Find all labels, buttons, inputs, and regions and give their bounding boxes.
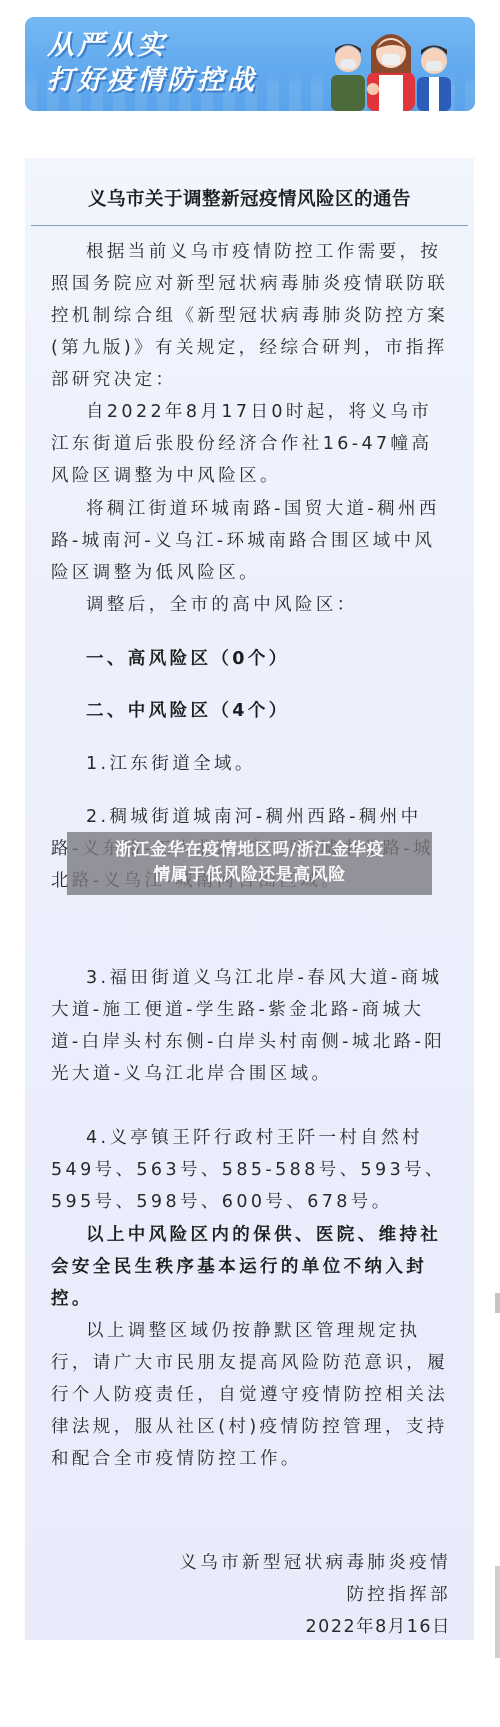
signature-org-line-1: 义乌市新型冠状病毒肺炎疫情 (51, 1547, 451, 1579)
slogan-line-1: 从严从实 (47, 29, 257, 63)
caption-line-1: 浙江金华在疫情地区吗/浙江金华疫 (67, 838, 432, 863)
caption-overlay: 浙江金华在疫情地区吗/浙江金华疫 情属于低风险还是高风险 (67, 832, 432, 895)
signature-date: 2022年8月16日 (51, 1611, 451, 1643)
slogan-line-2: 打好疫情防控战 (47, 63, 257, 99)
heading-mid-risk: 二、中风险区（4个） (51, 695, 451, 727)
paragraph-closing: 以上调整区域仍按静默区管理规定执行，请广大市民朋友提高风险防范意识，履行个人防疫… (51, 1315, 451, 1475)
signature-org-line-2: 防控指挥部 (51, 1579, 451, 1611)
mid-risk-item-1: 1.江东街道全域。 (51, 748, 451, 780)
banner-slogan: 从严从实 打好疫情防控战 (47, 29, 257, 99)
notice-card: 义乌市关于调整新冠疫情风险区的通告 根据当前义乌市疫情防控工作需要，按照国务院应… (25, 158, 474, 1640)
scrollbar-thumb[interactable] (495, 1293, 500, 1313)
paragraph-summary-intro: 调整后，全市的高中风险区： (51, 589, 451, 621)
caption-line-2: 情属于低风险还是高风险 (67, 863, 432, 888)
heading-high-risk: 一、高风险区（0个） (51, 643, 451, 675)
mid-risk-item-4: 4.义亭镇王阡行政村王阡一村自然村549号、563号、585-588号、593号… (51, 1122, 451, 1218)
masked-people-illustration (325, 17, 455, 111)
paragraph-high-to-mid: 自2022年8月17日0时起，将义乌市江东街道后张股份经济合作社16-47幢高风… (51, 396, 451, 492)
scrollbar-track-segment[interactable] (495, 1566, 500, 1658)
mid-risk-item-3: 3.福田街道义乌江北岸-春风大道-商城大道-施工便道-学生路-紫金北路-商城大道… (51, 962, 451, 1090)
notice-title: 义乌市关于调整新冠疫情风险区的通告 (25, 185, 474, 211)
intro-paragraph: 根据当前义乌市疫情防控工作需要，按照国务院应对新型冠状病毒肺炎疫情联防联控机制综… (51, 236, 451, 396)
paragraph-exemption: 以上中风险区内的保供、医院、维持社会安全民生秩序基本运行的单位不纳入封控。 (51, 1219, 451, 1315)
header-banner: 从严从实 打好疫情防控战 (25, 17, 475, 111)
paragraph-mid-to-low: 将稠江街道环城南路-国贸大道-稠州西路-城南河-义乌江-环城南路合围区域中风险区… (51, 493, 451, 589)
title-divider (31, 225, 468, 226)
